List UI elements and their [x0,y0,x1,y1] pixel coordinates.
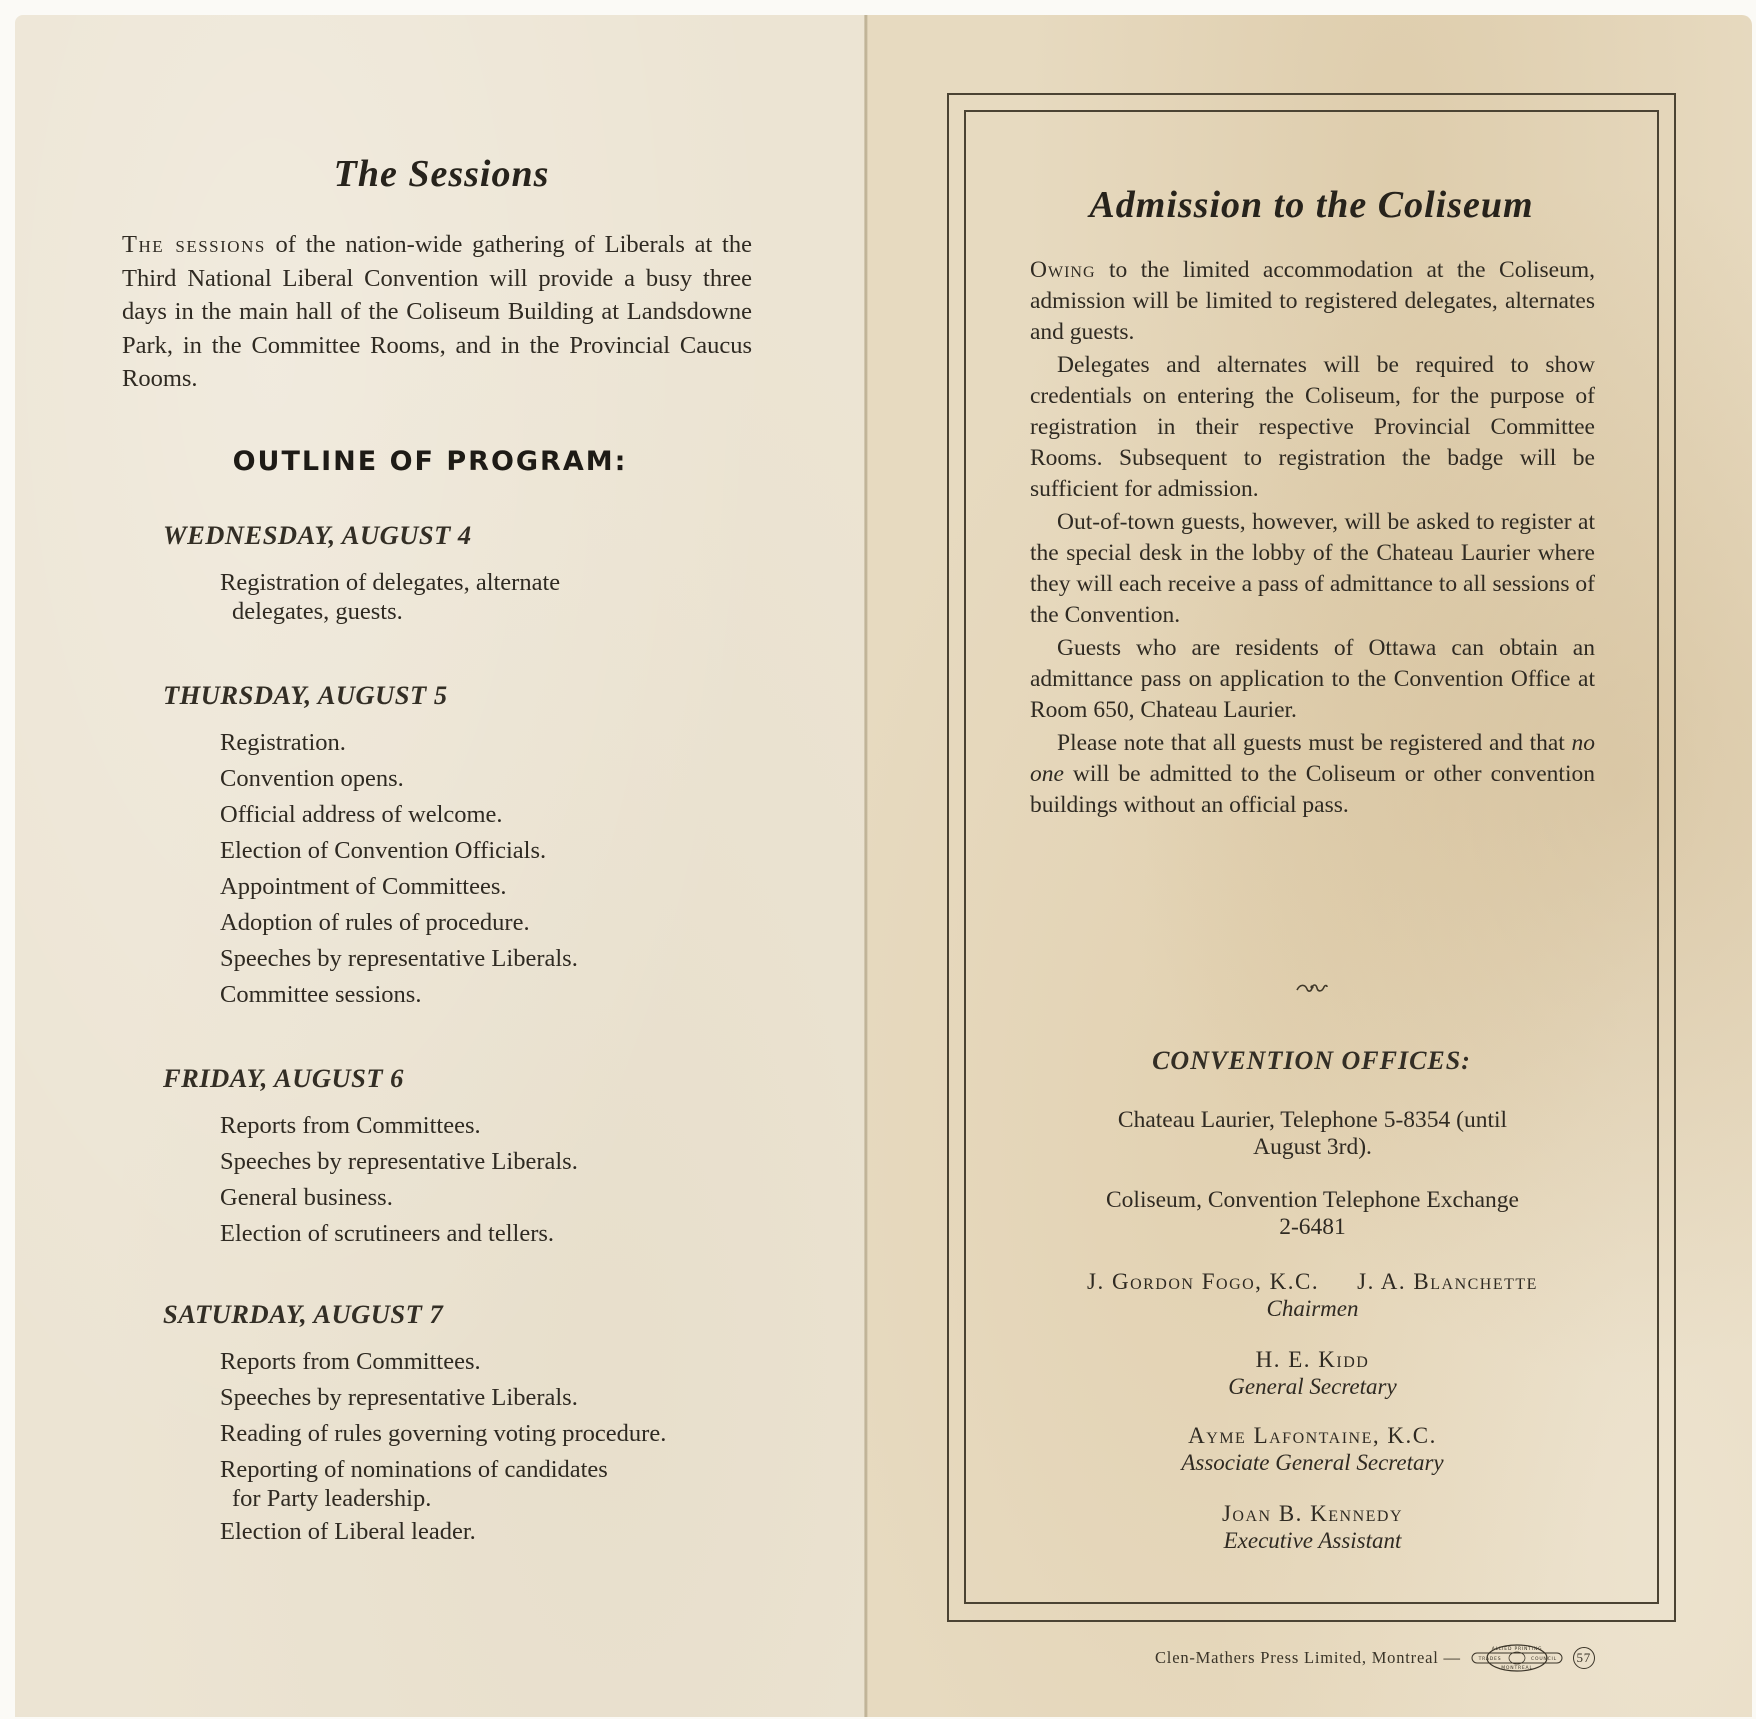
day-thursday: THURSDAY, AUGUST 5 Registration. Convent… [163,680,803,1013]
svg-text:TRADES: TRADES [1477,1656,1501,1662]
official-name: Joan B. Kennedy [1010,1500,1615,1527]
admission-paragraph: Out-of-town guests, however, will be ask… [1030,507,1595,631]
offices-title: CONVENTION OFFICES: [964,1046,1659,1076]
program-item: Reading of rules governing voting proced… [220,1416,803,1452]
program-item: Election of Liberal leader. [220,1514,803,1550]
admission-text: Owing to the limited accommodation at th… [1030,255,1595,823]
official-name: J. Gordon Fogo, K.C. [1087,1268,1319,1295]
program-item: Appointment of Committees. [220,869,803,905]
official-associate-secretary: Ayme Lafontaine, K.C. Associate General … [1010,1422,1615,1476]
program-item: Official address of welcome. [220,797,803,833]
official-general-secretary: H. E. Kidd General Secretary [1010,1346,1615,1400]
union-label-icon: ALLIED PRINTING TRADES COUNCIL MONTREAL [1469,1643,1565,1673]
admission-paragraph: Delegates and alternates will be require… [1030,350,1595,505]
program-item: Registration of delegates, alternate del… [220,565,803,627]
printer-footer: Clen-Mathers Press Limited, Montreal — A… [1155,1643,1595,1673]
admission-paragraph: Guests who are residents of Ottawa can o… [1030,633,1595,726]
day-friday: FRIDAY, AUGUST 6 Reports from Committees… [163,1063,803,1252]
program-item: Speeches by representative Liberals. [220,941,803,977]
program-item: Convention opens. [220,761,803,797]
program-item: Reporting of nominations of candidates f… [220,1452,803,1514]
official-role: Executive Assistant [1010,1527,1615,1554]
official-name: H. E. Kidd [1010,1346,1615,1373]
program-item: Election of Convention Officials. [220,833,803,869]
official-name: J. A. Blanchette [1357,1268,1538,1295]
program-item: Committee sessions. [220,977,803,1013]
fleuron-ornament-icon [964,975,1659,1001]
svg-text:COUNCIL: COUNCIL [1531,1656,1557,1662]
program-item: Speeches by representative Liberals. [220,1380,803,1416]
office-coliseum: Coliseum, Convention Telephone Exchange … [1030,1187,1595,1241]
day-heading: THURSDAY, AUGUST 5 [163,680,803,711]
admission-title: Admission to the Coliseum [964,183,1659,227]
official-executive-assistant: Joan B. Kennedy Executive Assistant [1010,1500,1615,1554]
intro-lead: The sessions [122,231,266,258]
official-role: General Secretary [1010,1373,1615,1400]
official-role: Associate General Secretary [1010,1449,1615,1476]
day-heading: FRIDAY, AUGUST 6 [163,1063,803,1094]
outline-title: OUTLINE OF PROGRAM: [0,446,860,477]
sessions-intro: The sessions of the nation-wide gatherin… [122,228,752,396]
program-item: Registration. [220,725,803,761]
sessions-title: The Sessions [0,152,883,196]
chairmen-block: J. Gordon Fogo, K.C. J. A. Blanchette Ch… [1010,1268,1615,1322]
svg-text:ALLIED PRINTING: ALLIED PRINTING [1492,1646,1543,1652]
day-heading: WEDNESDAY, AUGUST 4 [163,520,803,551]
program-item: Reports from Committees. [220,1108,803,1144]
program-item: General business. [220,1180,803,1216]
office-chateau-laurier: Chateau Laurier, Telephone 5-8354 (until… [1030,1107,1595,1161]
admission-paragraph: Please note that all guests must be regi… [1030,728,1595,821]
day-wednesday: WEDNESDAY, AUGUST 4 Registration of dele… [163,520,803,627]
page-fold [864,15,868,1717]
official-name: Ayme Lafontaine, K.C. [1010,1422,1615,1449]
program-item: Reports from Committees. [220,1344,803,1380]
page-number: 57 [1573,1647,1595,1669]
program-item: Election of scrutineers and tellers. [220,1216,803,1252]
printer-credit: Clen-Mathers Press Limited, Montreal — [1155,1648,1461,1668]
day-heading: SATURDAY, AUGUST 7 [163,1299,803,1330]
official-role: Chairmen [1010,1295,1615,1322]
admission-paragraph: Owing to the limited accommodation at th… [1030,255,1595,348]
program-item: Adoption of rules of procedure. [220,905,803,941]
svg-text:MONTREAL: MONTREAL [1501,1665,1533,1671]
program-item: Speeches by representative Liberals. [220,1144,803,1180]
day-saturday: SATURDAY, AUGUST 7 Reports from Committe… [163,1299,803,1550]
